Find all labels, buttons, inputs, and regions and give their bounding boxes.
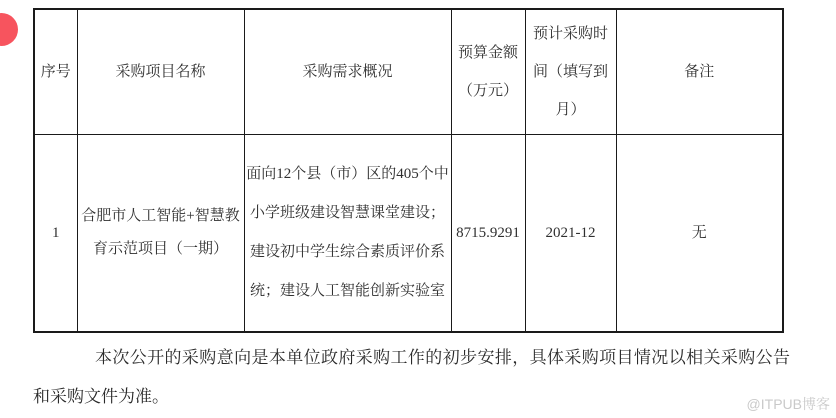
table-row: 1 合肥市人工智能+智慧教育示范项目（一期） 面向12个县（市）区的405个中小…	[34, 134, 783, 332]
header-project-name: 采购项目名称	[77, 9, 244, 134]
table-header-row: 序号 采购项目名称 采购需求概况 预算金额（万元） 预计采购时间（填写到月） 备…	[34, 9, 783, 134]
cell-remark: 无	[616, 134, 783, 332]
cell-project-name: 合肥市人工智能+智慧教育示范项目（一期）	[77, 134, 244, 332]
cell-budget: 8715.9291	[451, 134, 525, 332]
cell-seq: 1	[34, 134, 77, 332]
footnote-paragraph: 本次公开的采购意向是本单位政府采购工作的初步安排，具体采购项目情况以相关采购公告…	[33, 338, 790, 416]
cell-planned-time: 2021-12	[525, 134, 616, 332]
cell-demand-overview: 面向12个县（市）区的405个中小学班级建设智慧课堂建设；建设初中学生综合素质评…	[244, 134, 451, 332]
document-page: 序号 采购项目名称 采购需求概况 预算金额（万元） 预计采购时间（填写到月） 备…	[0, 0, 836, 418]
procurement-intent-table: 序号 采购项目名称 采购需求概况 预算金额（万元） 预计采购时间（填写到月） 备…	[33, 8, 784, 333]
header-budget: 预算金额（万元）	[451, 9, 525, 134]
header-planned-time: 预计采购时间（填写到月）	[525, 9, 616, 134]
header-remark: 备注	[616, 9, 783, 134]
watermark-text: @ITPUB博客	[747, 394, 830, 414]
header-seq: 序号	[34, 9, 77, 134]
header-demand-overview: 采购需求概况	[244, 9, 451, 134]
red-dot-marker	[0, 13, 18, 46]
